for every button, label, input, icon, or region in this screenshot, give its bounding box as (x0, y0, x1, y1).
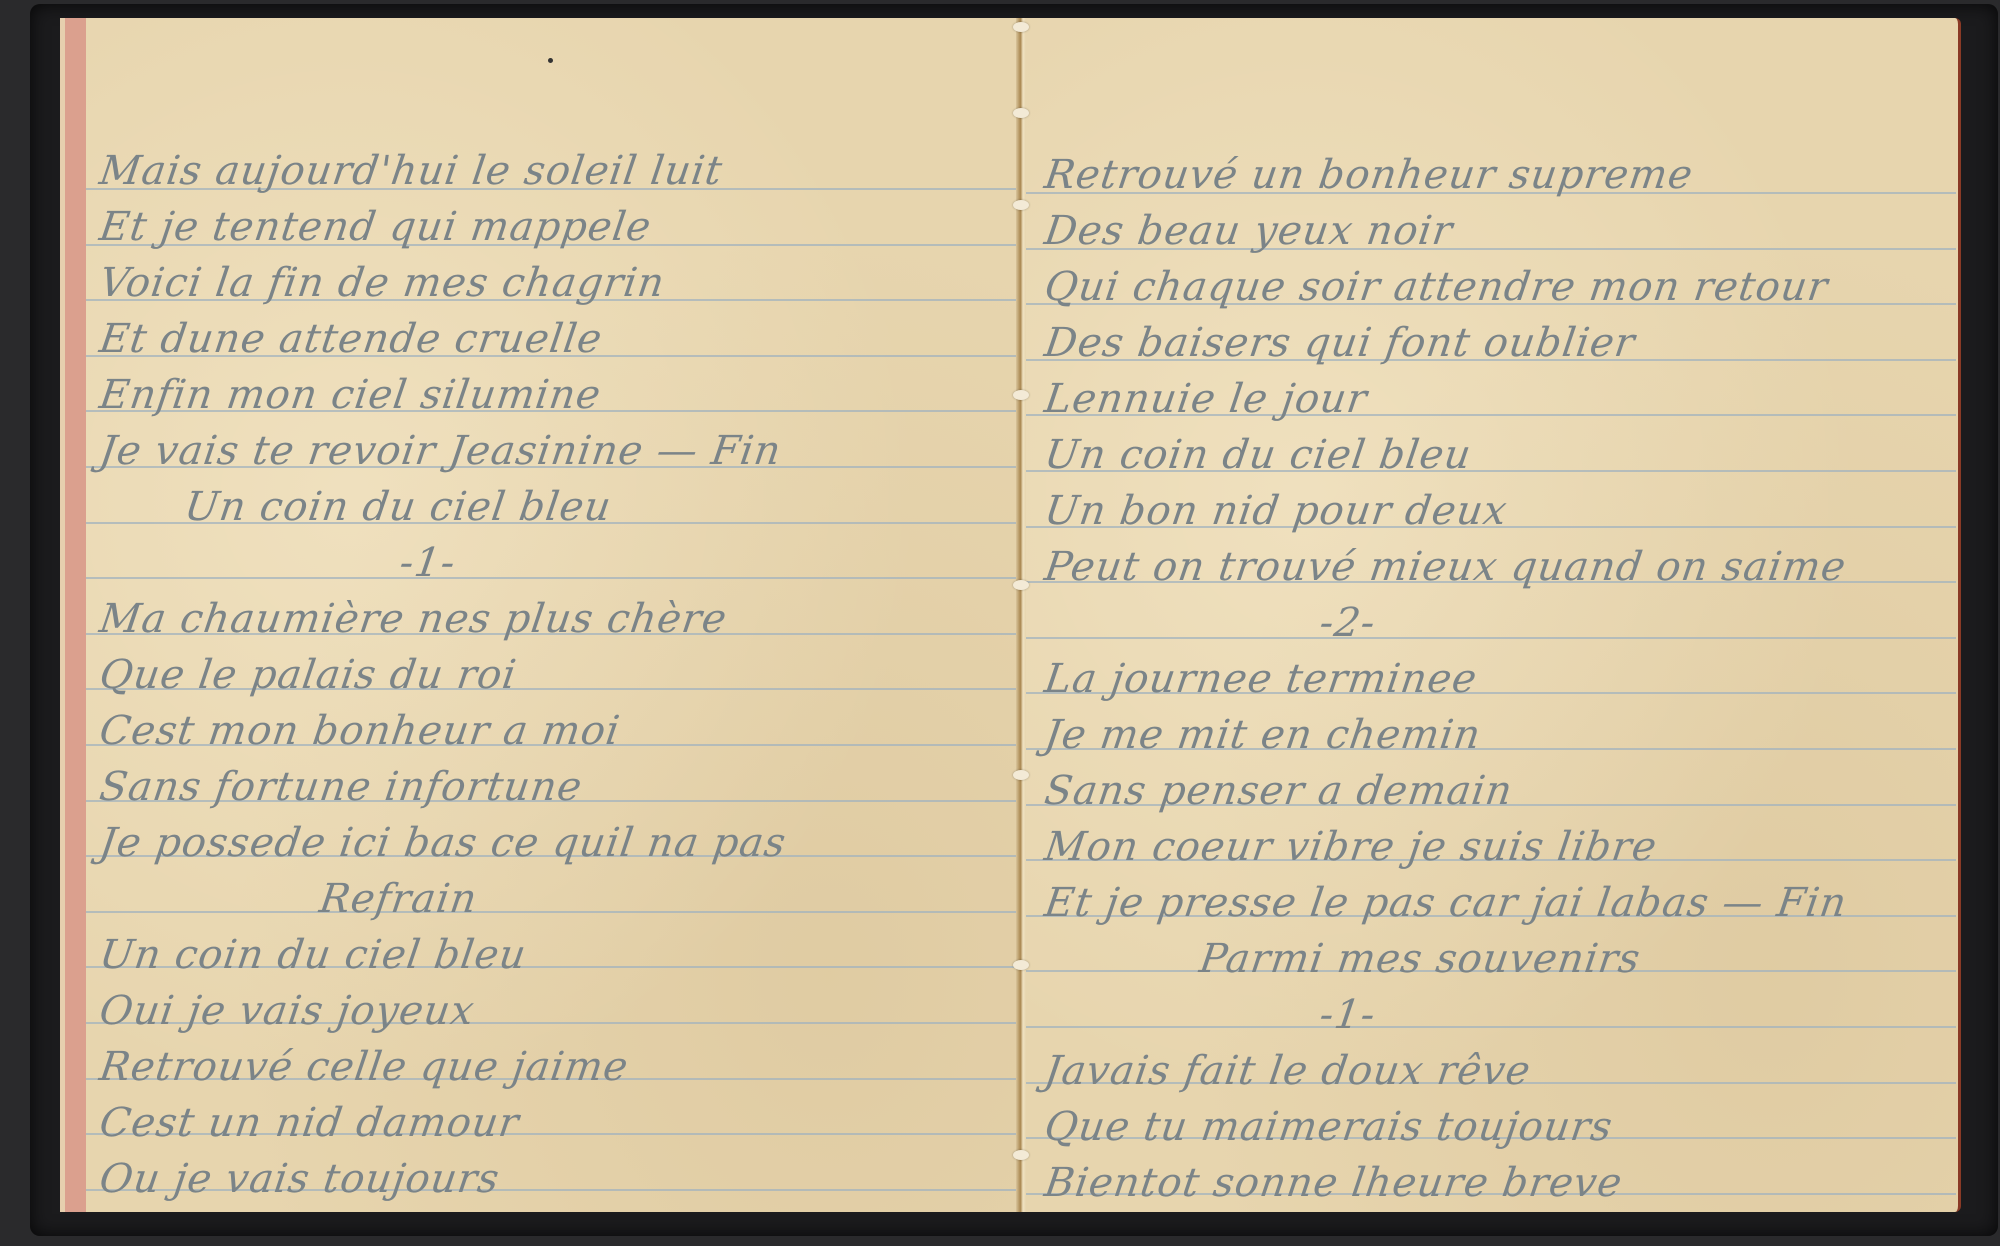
stitch-hole (1013, 22, 1029, 32)
stitch-hole (1013, 390, 1029, 400)
handwritten-line: Que le palais du roi (97, 652, 520, 698)
handwritten-line: Et je presse le pas car jai labas — Fin (1042, 880, 1850, 926)
handwritten-line: Mais aujourd'hui le soleil luit (97, 148, 726, 194)
handwritten-line: Ma chaumière nes plus chère (97, 596, 730, 642)
handwritten-line: Peut on trouvé mieux quand on saime (1042, 544, 1849, 590)
handwritten-line: Oui je vais joyeux (97, 988, 478, 1034)
handwritten-line: Sans penser a demain (1042, 768, 1516, 814)
rule-line (86, 577, 1016, 579)
rule-line (86, 911, 1016, 913)
handwritten-line: Un coin du ciel bleu (182, 484, 615, 530)
handwritten-line: Retrouvé celle que jaime (97, 1044, 632, 1090)
handwritten-line: Un coin du ciel bleu (97, 932, 530, 978)
rule-line (1026, 637, 1956, 639)
handwritten-line: Je vais te revoir Jeasinine — Fin (97, 428, 785, 474)
handwritten-line: Enfin mon ciel silumine (97, 372, 604, 418)
handwritten-line: Lennuie le jour (1042, 376, 1371, 422)
handwritten-line: Et dune attende cruelle (97, 316, 606, 362)
handwritten-line: Des baisers qui font oublier (1042, 320, 1638, 366)
handwritten-line: Cest un nid damour (97, 1100, 523, 1146)
rule-line (1026, 1026, 1956, 1028)
ink-speck (548, 58, 553, 63)
handwritten-line: Que tu maimerais toujours (1042, 1104, 1616, 1150)
handwritten-line: Un bon nid pour deux (1042, 488, 1511, 534)
notebook-spine (1016, 18, 1026, 1212)
handwritten-line: Voici la fin de mes chagrin (97, 260, 668, 306)
handwritten-line: -1- (397, 540, 459, 586)
handwritten-line: La journee terminee (1042, 656, 1480, 702)
stitch-hole (1013, 770, 1029, 780)
handwritten-line: Et je tentend qui mappele (97, 204, 655, 250)
handwritten-line: Des beau yeux noir (1042, 208, 1456, 254)
stitch-hole (1013, 580, 1029, 590)
stitch-hole (1013, 960, 1029, 970)
handwritten-line: Qui chaque soir attendre mon retour (1042, 264, 1831, 310)
handwritten-line: Bientot sonne lheure breve (1042, 1160, 1626, 1206)
handwritten-line: -1- (1317, 992, 1379, 1038)
handwritten-line: Je me mit en chemin (1042, 712, 1484, 758)
handwritten-line: Je possede ici bas ce quil na pas (97, 820, 789, 866)
handwritten-line: Parmi mes souvenirs (1197, 936, 1644, 982)
stitch-hole (1013, 1150, 1029, 1160)
stitch-hole (1013, 200, 1029, 210)
handwritten-line: Refrain (317, 876, 481, 922)
handwritten-line: Javais fait le doux rêve (1042, 1048, 1534, 1094)
handwritten-line: Cest mon bonheur a moi (97, 708, 623, 754)
handwritten-line: Retrouvé un bonheur supreme (1042, 152, 1696, 198)
handwritten-line: Sans fortune infortune (97, 764, 586, 810)
handwritten-line: Ou je vais toujours (97, 1156, 503, 1202)
page-edge-stack (60, 18, 86, 1212)
handwritten-line: Un coin du ciel bleu (1042, 432, 1475, 478)
stitch-hole (1013, 108, 1029, 118)
handwritten-line: -2- (1317, 600, 1379, 646)
handwritten-line: Mon coeur vibre je suis libre (1042, 824, 1660, 870)
